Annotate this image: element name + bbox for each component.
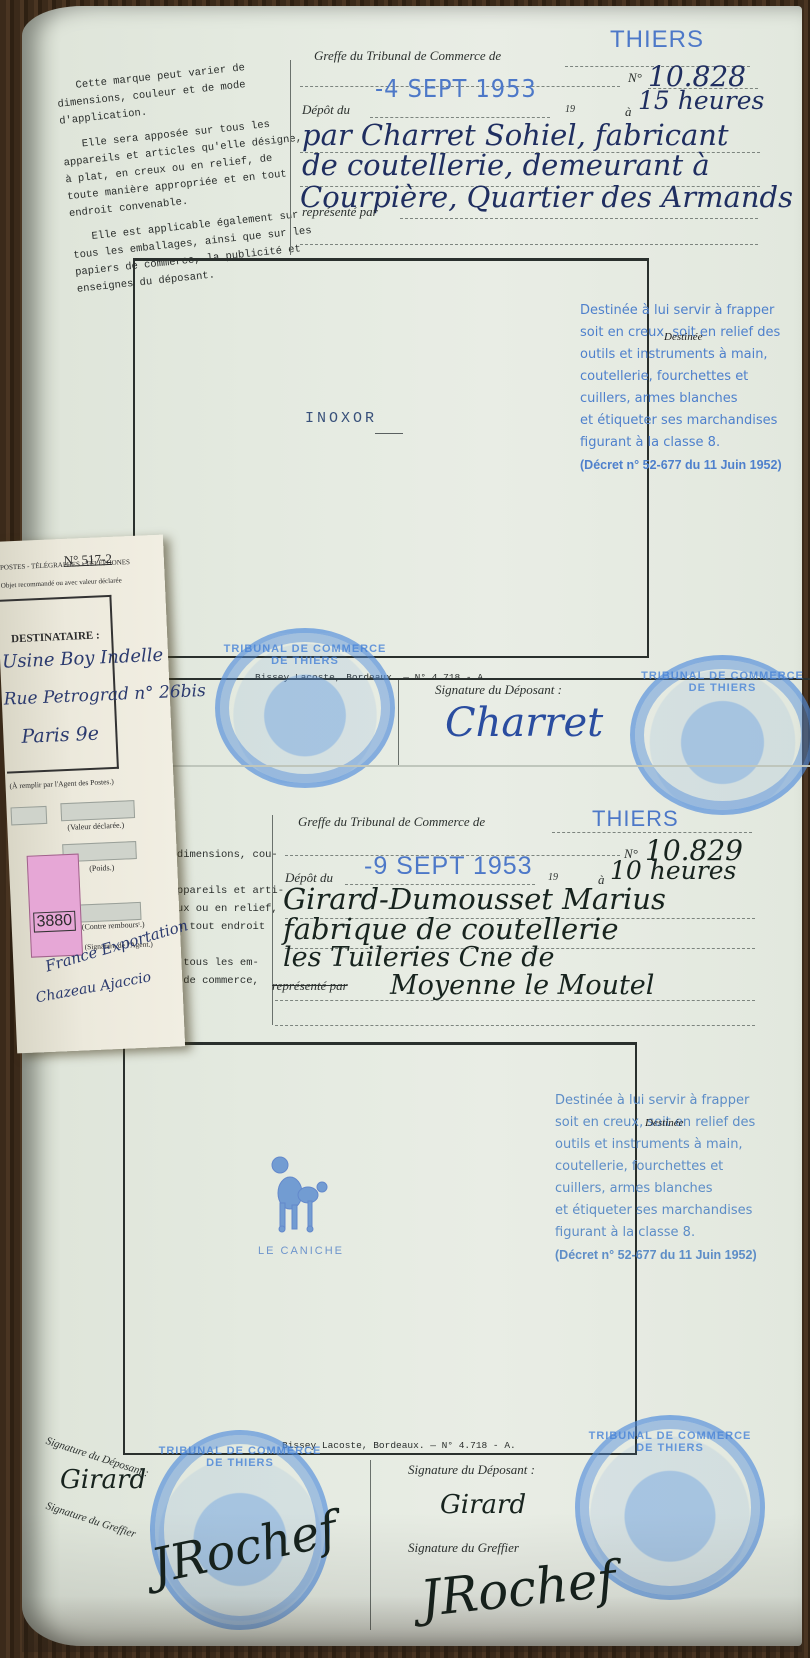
destination-line: figurant à la classe 8. xyxy=(555,1222,760,1244)
greffe-label: Greffe du Tribunal de Commerce de xyxy=(298,814,485,830)
depositor-line: fabrique de coutellerie xyxy=(283,912,619,946)
column-divider xyxy=(398,680,399,765)
tribunal-stamp: THIERS xyxy=(592,806,679,832)
dotted-line xyxy=(400,218,758,219)
recipient-line: Paris 9e xyxy=(21,723,99,748)
entry-separator xyxy=(150,765,810,767)
declared-value-field xyxy=(60,800,135,821)
represented-by-label: représenté par xyxy=(272,978,348,994)
number-label: N° xyxy=(628,70,642,86)
signature-deposant-label: Signature du Déposant : xyxy=(435,682,562,698)
dotted-line xyxy=(552,832,752,833)
destination-line: coutellerie, fourchettes et xyxy=(580,366,785,388)
destination-line: outils et instruments à main, xyxy=(580,344,785,366)
sender-line: Chazeau Ajaccio xyxy=(35,969,153,1006)
dotted-line xyxy=(300,244,758,245)
decree-reference: (Décret n° 52-677 du 11 Juin 1952) xyxy=(555,1244,760,1266)
destination-text: Destinée à lui servir à frapper soit en … xyxy=(580,300,785,476)
registered-mail-label xyxy=(27,854,83,958)
tag-number: N° 517-2 xyxy=(63,551,112,569)
seal-text: TRIBUNAL DE COMMERCE DE THIERS xyxy=(580,1430,760,1454)
declared-value-label: (Valeur déclarée.) xyxy=(67,821,124,832)
date-stamp: -9 SEPT 1953 xyxy=(364,852,533,881)
greffe-label: Greffe du Tribunal de Commerce de xyxy=(314,48,501,64)
registered-mail-number: 3880 xyxy=(33,911,75,933)
destination-line: Destinée à lui servir à frapper xyxy=(555,1090,760,1112)
dotted-line xyxy=(275,1000,755,1001)
depot-label: Dépôt du xyxy=(302,102,350,118)
agent-note: (À remplir par l'Agent des Postes.) xyxy=(9,777,114,791)
destination-line: Destinée à lui servir à frapper xyxy=(580,300,785,322)
depositor-line: par Charret Sohiel, fabricant xyxy=(302,118,729,152)
column-divider xyxy=(370,1460,371,1630)
depositor-line: les Tuileries Cne de xyxy=(283,942,555,973)
seal-text: TRIBUNAL DE COMMERCE DE THIERS xyxy=(155,1445,325,1469)
seal-text: TRIBUNAL DE COMMERCE DE THIERS xyxy=(220,643,390,667)
postal-receipt-tag: POSTES - TÉLÉGRAPHES - TÉLÉPHONES N° 517… xyxy=(0,535,185,1054)
tribunal-seal: TRIBUNAL DE COMMERCE DE THIERS xyxy=(215,628,395,788)
column-divider xyxy=(290,60,291,255)
depositor-line: Girard-Dumousset Marius xyxy=(283,882,666,916)
mark-text: LE CANICHE xyxy=(258,1245,344,1257)
weight-label: (Poids.) xyxy=(89,863,114,873)
tag-subheader: Objet recommandé ou avec valeur déclarée xyxy=(1,576,122,589)
depositor-signature: Charret xyxy=(445,700,603,746)
destination-line: figurant à la classe 8. xyxy=(580,432,785,454)
represented-by-value: Moyenne le Moutel xyxy=(390,970,654,1001)
decree-reference: (Décret n° 52-677 du 11 Juin 1952) xyxy=(580,454,785,476)
date-stamp: -4 SEPT 1953 xyxy=(375,74,537,103)
recipient-box xyxy=(0,595,119,774)
seal-text: TRIBUNAL DE COMMERCE DE THIERS xyxy=(635,670,810,694)
mark-text: INOXOR xyxy=(305,410,377,427)
destination-line: cuillers, armes blanches xyxy=(555,1178,760,1200)
destination-line: cuillers, armes blanches xyxy=(580,388,785,410)
destinee-label: Destinée xyxy=(645,1117,683,1129)
underline-mark xyxy=(375,433,403,434)
mark-frame xyxy=(133,258,649,658)
depositor-signature: Girard xyxy=(440,1490,526,1520)
notice-paragraph: Elle sera apposée sur tous les appareils… xyxy=(61,113,314,223)
signature-deposant-label: Signature du Déposant : xyxy=(408,1462,535,1478)
signature-greffier-label: Signature du Greffier xyxy=(408,1540,519,1556)
tag-field xyxy=(11,806,48,826)
deposit-hour: 10 heures xyxy=(610,856,736,885)
deposit-hour: 15 heures xyxy=(638,86,764,115)
represented-by-label: représenté par xyxy=(302,204,378,220)
destination-line: coutellerie, fourchettes et xyxy=(555,1156,760,1178)
tribunal-seal: TRIBUNAL DE COMMERCE DE THIERS xyxy=(630,655,810,815)
depositor-line: de coutellerie, demeurant à xyxy=(302,148,710,182)
destination-line: et étiqueter ses marchandises xyxy=(555,1200,760,1222)
depositor-signature: Girard xyxy=(60,1465,146,1495)
destinee-label: Destinée xyxy=(664,331,702,343)
poodle-icon xyxy=(268,1155,328,1233)
dotted-line xyxy=(275,1025,755,1026)
destination-line: et étiqueter ses marchandises xyxy=(580,410,785,432)
destination-line: outils et instruments à main, xyxy=(555,1134,760,1156)
year-prefix: 19 xyxy=(565,104,575,115)
tribunal-stamp: THIERS xyxy=(610,26,704,54)
